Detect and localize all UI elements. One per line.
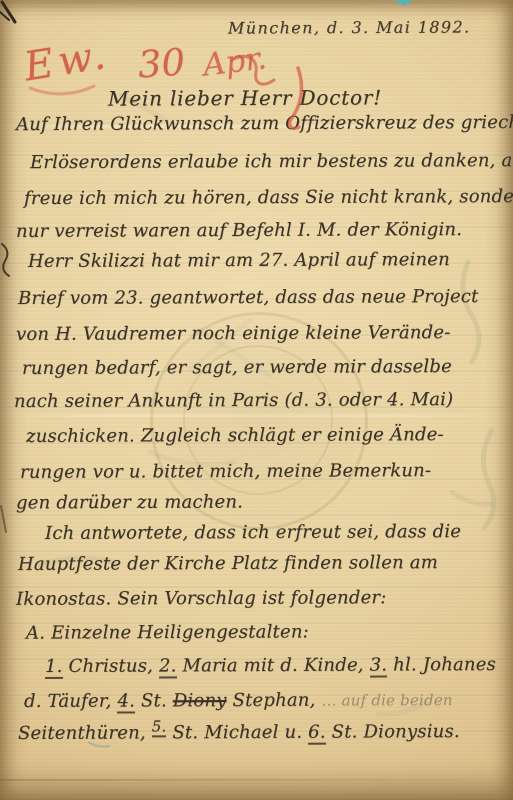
body-line-15: Ikonostas. Sein Vorschlag ist folgender:: [16, 587, 387, 610]
list-text: St. Dionysius.: [326, 721, 460, 743]
dateline: München, d. 3. Mai 1892.: [228, 17, 471, 37]
salutation: Mein lieber Herr Doctor!: [108, 85, 382, 110]
list-heading: A. Einzelne Heiligengestalten:: [26, 621, 309, 643]
list-number: 5.: [152, 717, 167, 737]
list-text: hl. Johanes: [387, 654, 496, 675]
bleedthrough-mark: [452, 492, 492, 504]
pencil-note: … auf die beiden: [321, 691, 452, 710]
paper-crease: [0, 414, 513, 417]
letter-page: München, d. 3. Mai 1892. Ew. 30 Apr. Mei…: [0, 0, 513, 800]
list-text: d. Täufer,: [24, 691, 118, 712]
list-line-2: d. Täufer, 4. St. Diony Stephan, … auf d…: [24, 689, 453, 712]
body-line-7: von H. Vaudremer noch einige kleine Verä…: [16, 322, 451, 345]
struck-word: Diony: [173, 690, 227, 711]
body-line-1: Auf Ihren Glückwunsch zum Offizierskreuz…: [16, 112, 513, 135]
body-line-10: zuschicken. Zugleich schlägt er einige Ä…: [26, 424, 444, 447]
margin-pen-curl: [2, 244, 9, 276]
list-text: St.: [135, 690, 173, 711]
list-text: Stephan,: [227, 690, 322, 711]
body-line-14: Hauptfeste der Kirche Platz finden solle…: [18, 552, 438, 575]
margin-pen-mark: [1, 506, 6, 532]
body-line-13: Ich antwortete, dass ich erfreut sei, da…: [45, 521, 461, 544]
list-text: Maria mit d. Kinde,: [177, 655, 370, 677]
body-line-2: Erlöserordens erlaube ich mir bestens zu…: [30, 150, 513, 173]
corner-pen-mark: [2, 2, 15, 22]
list-text: Seitenthüren,: [18, 722, 152, 744]
body-line-9: nach seiner Ankunft in Paris (d. 3. oder…: [14, 389, 453, 412]
list-number: 3.: [370, 654, 388, 677]
bleedthrough-mark: [463, 262, 479, 362]
teal-corner-mark: [394, 0, 413, 6]
list-text: St. Michael u.: [166, 722, 308, 744]
red-crayon-note-month: Apr.: [201, 40, 268, 83]
bleedthrough-mark: [483, 430, 493, 528]
body-line-6: Brief vom 23. geantwortet, dass das neue…: [18, 286, 479, 309]
list-number: 1.: [45, 656, 63, 679]
list-number: 6.: [308, 722, 326, 745]
paper-crease: [0, 779, 513, 781]
list-line-3: Seitenthüren, 5. St. Michael u. 6. St. D…: [18, 721, 460, 744]
body-line-8: rungen bedarf, er sagt, er werde mir das…: [22, 356, 452, 379]
body-line-3: freue ich mich zu hören, dass Sie nicht …: [24, 186, 513, 209]
red-crayon-note-word: Ew.: [21, 32, 114, 91]
body-line-11: rungen vor u. bittet mich, meine Bemerku…: [20, 460, 431, 483]
list-text: Christus,: [63, 655, 159, 676]
list-number: 2.: [159, 655, 177, 678]
red-crayon-note-number: 30: [137, 40, 187, 86]
list-number: 4.: [117, 690, 135, 713]
body-line-12: gen darüber zu machen.: [16, 492, 243, 514]
body-line-5: Herr Skilizzi hat mir am 27. April auf m…: [28, 249, 450, 272]
body-line-4: nur verreist waren auf Befehl I. M. der …: [16, 219, 462, 242]
list-line-1: 1. Christus, 2. Maria mit d. Kinde, 3. h…: [45, 654, 496, 677]
corner-pen-mark: [0, 12, 9, 20]
